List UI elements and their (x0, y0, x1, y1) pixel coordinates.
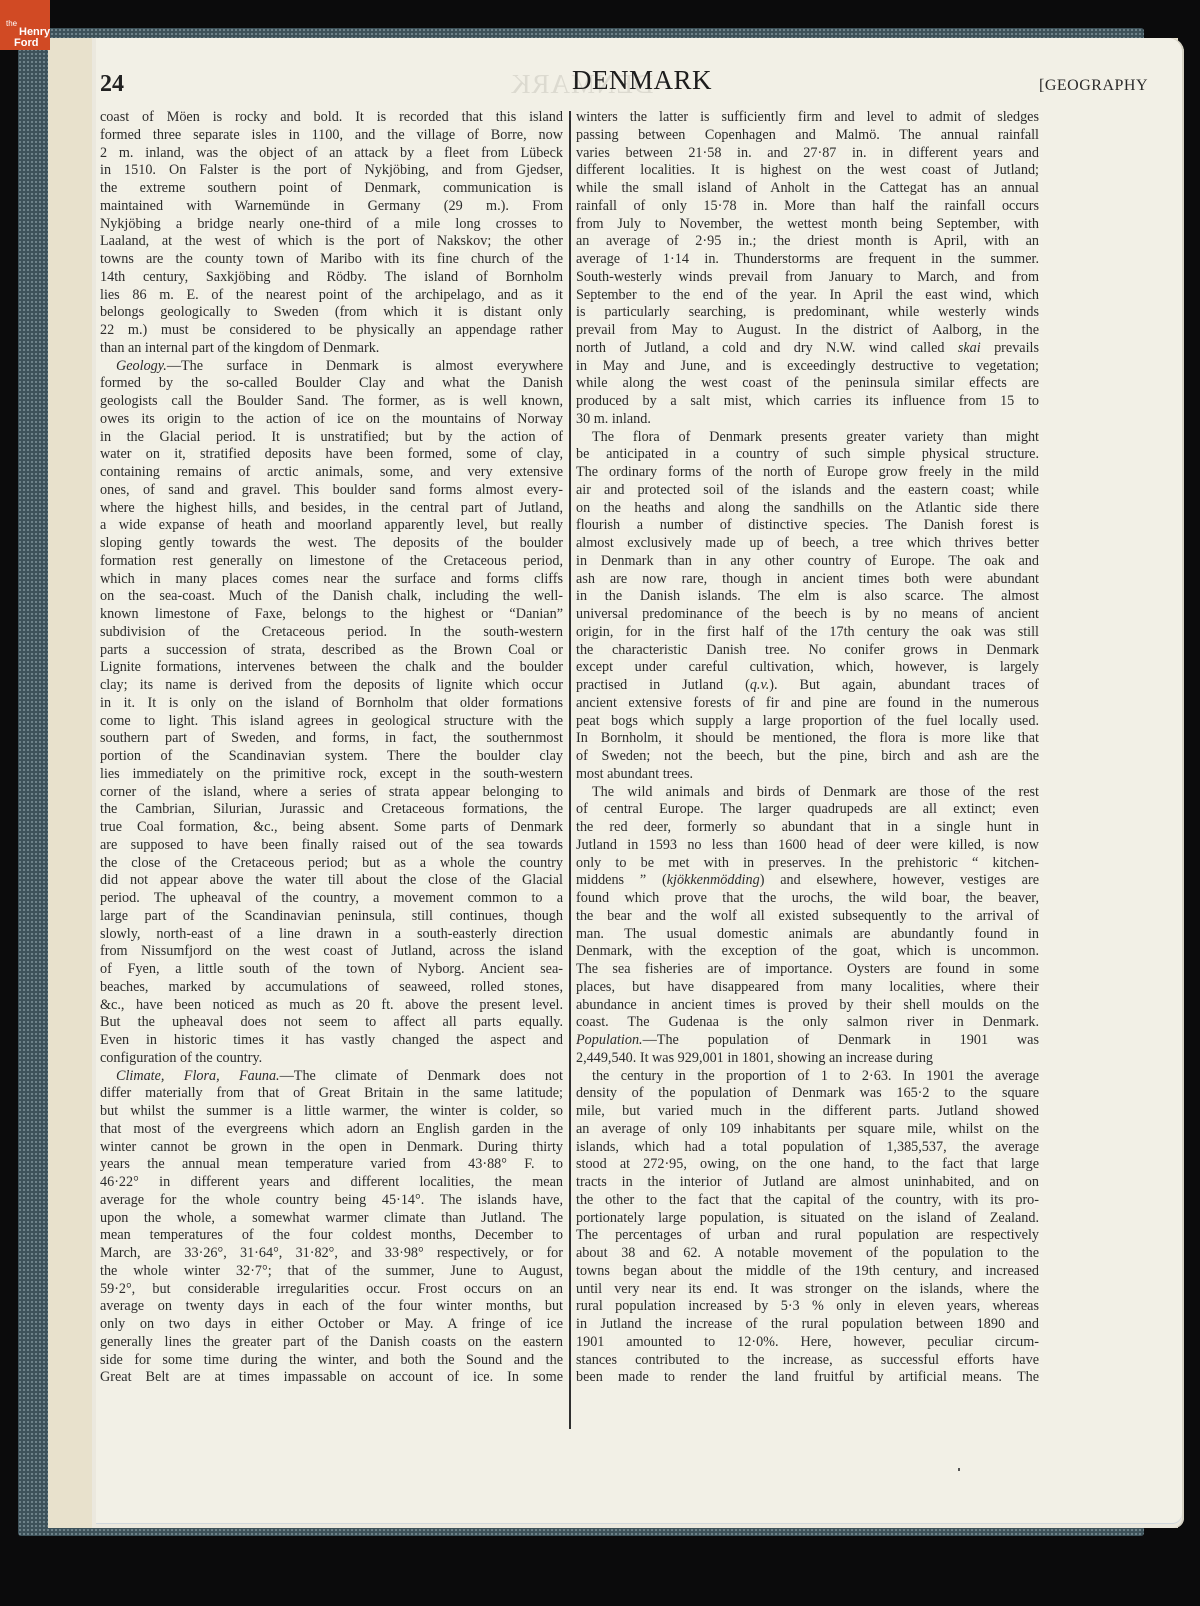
text-line: islands, which had a total population of… (576, 1139, 1039, 1157)
text-line: flourish a number of distinctive species… (576, 517, 1039, 535)
text-line: lies immediately on the primitive rock, … (100, 766, 563, 784)
text-line: formation rest generally on limestone of… (100, 553, 563, 571)
text-line: in the Glacial period. It is unstratifie… (100, 429, 563, 447)
text-line: March, are 33·26°, 31·64°, 31·82°, and 3… (100, 1245, 563, 1263)
text-line: stances contributed to the increase, as … (576, 1352, 1039, 1370)
text-line: coast of Möen is rocky and bold. It is r… (100, 109, 563, 127)
text-line: water on it, stratified deposits have be… (100, 446, 563, 464)
text-line: period. The upheaval of the country, a m… (100, 890, 563, 908)
text-line: towns began about the middle of the 19th… (576, 1263, 1039, 1281)
text-line: an average of 2·95 in.; the driest month… (576, 233, 1039, 251)
text-line: towns are the county town of Maribo with… (100, 251, 563, 269)
left-column: coast of Möen is rocky and bold. It is r… (100, 109, 563, 1387)
text-line: rainfall of only 15·78 in. More than hal… (576, 198, 1039, 216)
text-line: only to be met with in preserves. In the… (576, 855, 1039, 873)
text-line: Even in historic times it has vastly cha… (100, 1032, 563, 1050)
text-line: parts a succession of strata, described … (100, 642, 563, 660)
text-line: Laaland, at the west of which is the por… (100, 233, 563, 251)
text-line: South-westerly winds prevail from Januar… (576, 269, 1039, 287)
text-line: known limestone of Faxe, belongs to the … (100, 606, 563, 624)
text-line: average for the whole country being 45·1… (100, 1192, 563, 1210)
page-title: DENMARK (100, 65, 1184, 96)
text-line: southern part of Sweden, and forms, in f… (100, 730, 563, 748)
text-line: prevail from May to August. In the distr… (576, 322, 1039, 340)
text-line: winter cannot be grown in the open in De… (100, 1139, 563, 1157)
text-line: The percentages of urban and rural popul… (576, 1227, 1039, 1245)
text-line: 2 m. inland, was the object of an attack… (100, 145, 563, 163)
text-line: passing between Copenhagen and Malmö. Th… (576, 127, 1039, 145)
text-line: the whole winter 32·7°; that of the summ… (100, 1263, 563, 1281)
text-line: mean temperatures of the four coldest mo… (100, 1227, 563, 1245)
text-line: containing remains of arctic animals, so… (100, 464, 563, 482)
section-label: [GEOGRAPHY (1039, 77, 1148, 95)
text-line: sloping gently towards the west. The dep… (100, 535, 563, 553)
text-line: subdivision of the Cretaceous period. In… (100, 624, 563, 642)
text-line: in May and June, and is exceedingly dest… (576, 358, 1039, 376)
text-line: varies between 21·58 in. and 27·87 in. i… (576, 145, 1039, 163)
text-line: Jutland in 1593 no less than 1600 head o… (576, 837, 1039, 855)
text-line: on the sea-coast. Much of the Danish cha… (100, 588, 563, 606)
text-line: from July to November, the wettest month… (576, 216, 1039, 234)
text-line: practised in Jutland (q.v.). But again, … (576, 677, 1039, 695)
text-line: where the highest hills, and besides, in… (100, 500, 563, 518)
text-line: Climate, Flora, Fauna.—The climate of De… (100, 1068, 563, 1086)
text-line: ones, of sand and gravel. This boulder s… (100, 482, 563, 500)
text-line: of Sweden; not the beech, but the pine, … (576, 748, 1039, 766)
text-line: mile, but varied much in the different p… (576, 1103, 1039, 1121)
logo-text-the: the (6, 20, 17, 28)
text-line: winters the latter is sufficiently firm … (576, 109, 1039, 127)
text-line: average of 1·14 in. Thunderstorms are fr… (576, 251, 1039, 269)
text-line: are supposed to have been finally raised… (100, 837, 563, 855)
text-line: the other to the fact that the capital o… (576, 1192, 1039, 1210)
text-line: Nykjöbing a bridge nearly one-third of a… (100, 216, 563, 234)
text-line: formed three separate isles in 1100, and… (100, 127, 563, 145)
text-line: abundance in ancient times is proved by … (576, 997, 1039, 1015)
text-line: differ materially from that of Great Bri… (100, 1085, 563, 1103)
text-line: true Coal formation, &c., being absent. … (100, 819, 563, 837)
text-line: clay; its name is derived from the depos… (100, 677, 563, 695)
text-line: produced by a salt mist, which carries i… (576, 393, 1039, 411)
text-line: coast. The Gudenaa is the only salmon ri… (576, 1014, 1039, 1032)
text-line: But the upheaval does not seem to affect… (100, 1014, 563, 1032)
text-line: In Bornholm, it should be mentioned, the… (576, 730, 1039, 748)
text-line: that most of the evergreens which adorn … (100, 1121, 563, 1139)
text-line: portionately large population, is situat… (576, 1210, 1039, 1228)
text-line: Denmark, with the exception of the goat,… (576, 943, 1039, 961)
text-line: about 38 and 62. A notable movement of t… (576, 1245, 1039, 1263)
text-line: corner of the island, where a series of … (100, 784, 563, 802)
text-line: while the small island of Anholt in the … (576, 180, 1039, 198)
text-line: formed by the so-called Boulder Clay and… (100, 375, 563, 393)
text-line: come to light. This island agrees in geo… (100, 713, 563, 731)
right-column: winters the latter is sufficiently firm … (576, 109, 1039, 1387)
text-line: man. The usual domestic animals are abun… (576, 926, 1039, 944)
text-line: air and protected soil of the islands an… (576, 482, 1039, 500)
text-line: in the Danish islands. The elm is also s… (576, 588, 1039, 606)
text-line: while along the west coast of the penins… (576, 375, 1039, 393)
text-line: the characteristic Danish tree. No conif… (576, 642, 1039, 660)
text-line: The ordinary forms of the north of Europ… (576, 464, 1039, 482)
text-line: large part of the Scandinavian peninsula… (100, 908, 563, 926)
text-line: years the annual mean temperature varied… (100, 1156, 563, 1174)
text-line: Population.—The population of Denmark in… (576, 1032, 1039, 1050)
text-line: 59·2°, but considerable irregularities o… (100, 1281, 563, 1299)
text-line: 1901 amounted to 12·0%. Here, however, p… (576, 1334, 1039, 1352)
text-line: on the heaths and along the sandhills on… (576, 500, 1039, 518)
text-line: maintained with Warnemünde in Germany (2… (100, 198, 563, 216)
text-line: places, but have disappeared from many l… (576, 979, 1039, 997)
text-line: the close of the Cretaceous period; but … (100, 855, 563, 873)
text-line: owes its origin to the action of ice on … (100, 411, 563, 429)
text-line: been made to render the land fruitful by… (576, 1369, 1039, 1387)
text-line: slowly, north-east of a line drawn in a … (100, 926, 563, 944)
text-line: upon the whole, a somewhat warmer climat… (100, 1210, 563, 1228)
text-line: is particularly searching, is predominan… (576, 304, 1039, 322)
text-line: 2,449,540. It was 929,001 in 1801, showi… (576, 1050, 1039, 1068)
text-line: ancient extensive forests of fir and pin… (576, 695, 1039, 713)
text-line: The flora of Denmark presents greater va… (576, 429, 1039, 447)
text-line: the extreme southern point of Denmark, c… (100, 180, 563, 198)
text-line: in 1510. On Falster is the port of Nykjö… (100, 162, 563, 180)
text-line: The sea fisheries are of importance. Oys… (576, 961, 1039, 979)
text-line: of Fyen, a little south of the town of N… (100, 961, 563, 979)
text-line: of central Europe. The larger quadrupeds… (576, 801, 1039, 819)
text-line: be anticipated in a country of such simp… (576, 446, 1039, 464)
text-line: peat bogs which supply a large proportio… (576, 713, 1039, 731)
henry-ford-watermark-logo: the Henry Ford (0, 0, 50, 50)
text-line: lies 86 m. E. of the nearest point of th… (100, 287, 563, 305)
text-line: in it. It is only on the island of Bornh… (100, 695, 563, 713)
text-line: geologists call the Boulder Sand. The fo… (100, 393, 563, 411)
text-line: &c., have been noticed as much as 20 ft.… (100, 997, 563, 1015)
text-line: except under careful cultivation, which,… (576, 659, 1039, 677)
text-line: Geology.—The surface in Denmark is almos… (100, 358, 563, 376)
text-line: an average of only 109 inhabitants per s… (576, 1121, 1039, 1139)
text-line: portion of the Scandinavian system. Ther… (100, 748, 563, 766)
text-line: until very near its end. It was stronger… (576, 1281, 1039, 1299)
text-line: 14th century, Saxkjöbing and Rödby. The … (100, 269, 563, 287)
text-line: origin, for in the first half of the 17t… (576, 624, 1039, 642)
text-line: belongs geologically to Sweden (from whi… (100, 304, 563, 322)
text-line: density of the population of Denmark was… (576, 1085, 1039, 1103)
text-line: found which prove that the urochs, the w… (576, 890, 1039, 908)
text-line: tracts in the interior of Jutland are al… (576, 1174, 1039, 1192)
text-line: from Nissumfjord on the west coast of Ju… (100, 943, 563, 961)
text-line: the Cambrian, Silurian, Jurassic and Cre… (100, 801, 563, 819)
text-line: the bear and the wolf all existed subseq… (576, 908, 1039, 926)
text-line: ash are now rare, though in ancient time… (576, 571, 1039, 589)
text-line: than an internal part of the kingdom of … (100, 340, 563, 358)
text-line: the century in the proportion of 1 to 2·… (576, 1068, 1039, 1086)
text-line: beaches, marked by accumulations of seaw… (100, 979, 563, 997)
text-line: generally lines the greater part of the … (100, 1334, 563, 1352)
text-line: stood at 272·95, owing, on the one hand,… (576, 1156, 1039, 1174)
text-line: rural population increased by 5·3 % only… (576, 1298, 1039, 1316)
text-line: 46·22° in different years and different … (100, 1174, 563, 1192)
text-line: middens ” (kjökkenmödding) and elsewhere… (576, 872, 1039, 890)
text-line: The wild animals and birds of Denmark ar… (576, 784, 1039, 802)
page-speck (958, 1468, 960, 1471)
text-line: Lignite formations, intervenes between t… (100, 659, 563, 677)
text-line: in Denmark than in any other country of … (576, 553, 1039, 571)
text-line: in Jutland the increase of the rural pop… (576, 1316, 1039, 1334)
running-header: 24 DENMARK DENMARK [GEOGRAPHY (100, 65, 1184, 105)
text-line: side for some time during the winter, an… (100, 1352, 563, 1370)
text-line: configuration of the country. (100, 1050, 563, 1068)
text-line: almost exclusively made up of beech, a t… (576, 535, 1039, 553)
text-line: only on two days in either October or Ma… (100, 1316, 563, 1334)
text-line: did not appear above the water till abou… (100, 872, 563, 890)
text-line: September to the end of the year. In Apr… (576, 287, 1039, 305)
text-line: different localities. It is highest on t… (576, 162, 1039, 180)
text-line: a wide expanse of heath and moorland app… (100, 517, 563, 535)
text-line: universal predominance of the beech is b… (576, 606, 1039, 624)
text-columns: coast of Möen is rocky and bold. It is r… (100, 109, 1062, 1429)
logo-text-ford: Ford (14, 38, 38, 49)
text-line: 22 m.) must be considered to be physical… (100, 322, 563, 340)
text-line: Great Belt are at times impassable on ac… (100, 1369, 563, 1387)
column-divider (569, 111, 571, 1429)
text-line: the red deer, formerly so abundant that … (576, 819, 1039, 837)
text-line: most abundant trees. (576, 766, 1039, 784)
text-line: average on twenty days in each of the fo… (100, 1298, 563, 1316)
text-line: but whilst the summer is a little warmer… (100, 1103, 563, 1121)
text-line: 30 m. inland. (576, 411, 1039, 429)
text-line: north of Jutland, a cold and dry N.W. wi… (576, 340, 1039, 358)
text-line: which in many places comes near the surf… (100, 571, 563, 589)
